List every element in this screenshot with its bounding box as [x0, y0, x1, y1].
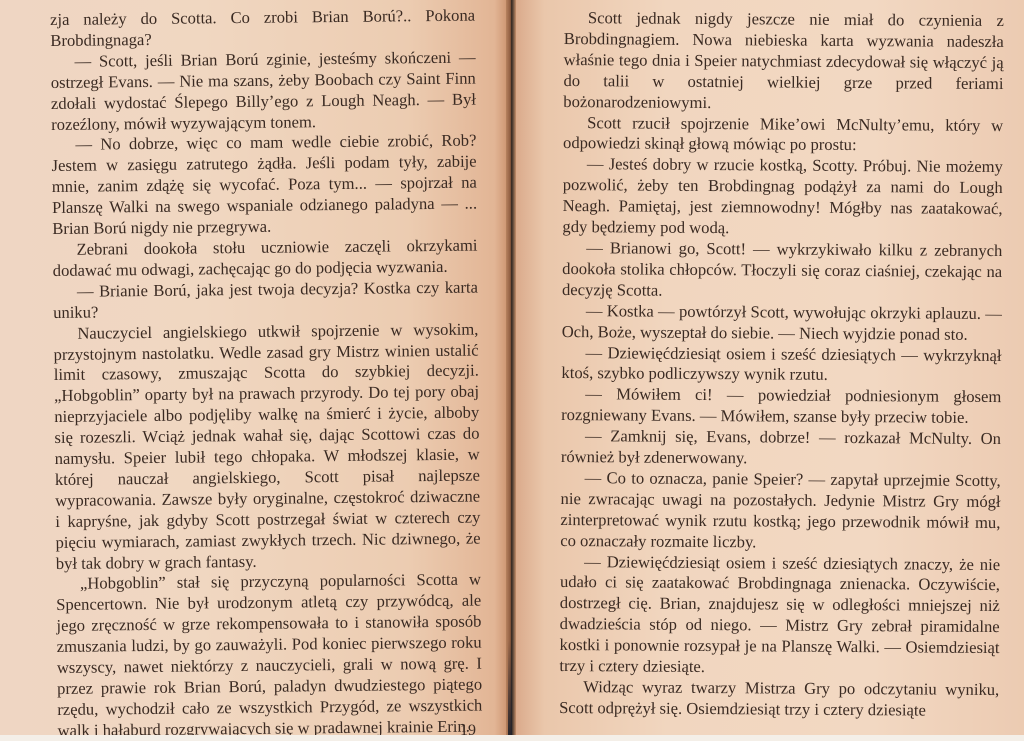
paragraph: zja należy do Scotta. Co zrobi Brian Bor…: [50, 6, 475, 52]
paragraph: — Kostka — powtórzył Scott, wywołując ok…: [562, 301, 1002, 346]
paragraph: — Co to oznacza, panie Speier? — zapytał…: [560, 468, 1001, 555]
left-page: zja należy do Scotta. Co zrobi Brian Bor…: [0, 0, 510, 741]
paragraph: — Scott, jeśli Brian Ború zginie, jesteś…: [50, 47, 476, 135]
paragraph: — Jesteś dobry w rzucie kostką, Scotty. …: [562, 154, 1003, 241]
book-gutter: [506, 0, 516, 741]
paragraph: — Brianowi go, Scott! — wykrzykiwało kil…: [562, 238, 1002, 304]
paragraph: Widząc wyraz twarzy Mistrza Gry po odczy…: [559, 677, 999, 722]
paragraph: Scott rzucił spojrzenie Mike’owi McNulty…: [563, 113, 1003, 158]
paragraph: — Dziewięćdziesiąt osiem i sześć dziesią…: [561, 342, 1001, 387]
gutter-shadow: [508, 640, 512, 741]
right-page: Scott jednak nigdy jeszcze nie miał do c…: [514, 0, 1024, 741]
paragraph: — Brianie Ború, jaka jest twoja decyzja?…: [53, 277, 478, 323]
paragraph: „Hobgoblin” stał się przyczyną popularno…: [56, 570, 483, 741]
paragraph: Scott jednak nigdy jeszcze nie miał do c…: [563, 8, 1004, 116]
paragraph: — Mówiłem ci! — powiedział podniesionym …: [561, 384, 1001, 429]
page-bottom-edge: [0, 735, 1024, 741]
paragraph: — Dziewięćdziesiąt osiem i sześć dziesią…: [559, 552, 1000, 681]
paragraph: Zebrani dookoła stołu uczniowie zaczęli …: [52, 236, 477, 282]
open-book-spread: zja należy do Scotta. Co zrobi Brian Bor…: [0, 0, 1024, 741]
left-page-text: zja należy do Scotta. Co zrobi Brian Bor…: [50, 6, 483, 741]
paragraph: — No dobrze, więc co mam wedle ciebie zr…: [51, 131, 477, 240]
paragraph: Nauczyciel angielskiego utkwił spojrzeni…: [53, 319, 481, 574]
paragraph: — Zamknij się, Evans, dobrze! — rozkazał…: [561, 426, 1001, 471]
right-page-text: Scott jednak nigdy jeszcze nie miał do c…: [559, 8, 1004, 722]
